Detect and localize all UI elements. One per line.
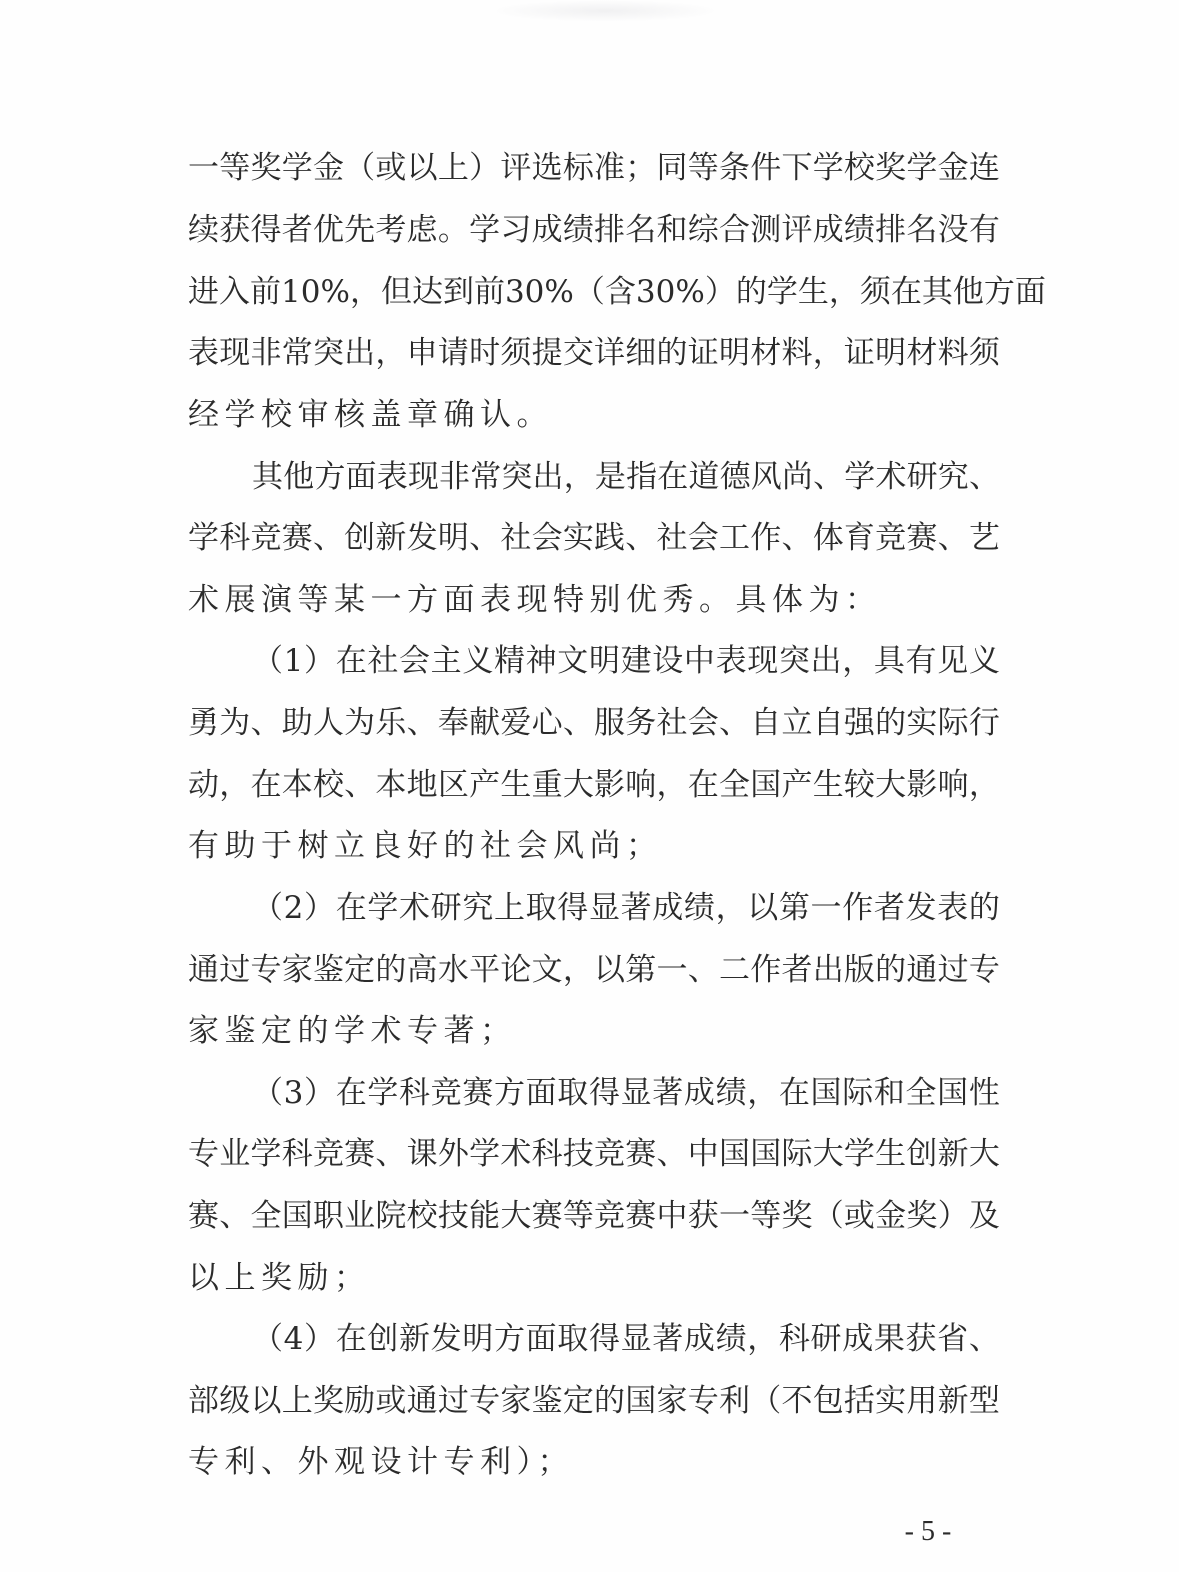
text-line: 专业学科竞赛、课外学术科技竞赛、中国国际大学生创新大 [188, 1134, 1000, 1174]
text-line: 续获得者优先考虑。学习成绩排名和综合测评成绩排名没有 [188, 210, 1000, 250]
scan-artifact [490, 0, 720, 22]
text-line: 专利、外观设计专利）； [188, 1442, 1000, 1482]
paragraph-start-line: 其他方面表现非常突出，是指在道德风尚、学术研究、 [252, 457, 1000, 497]
text-line: 勇为、助人为乐、奉献爱心、服务社会、自立自强的实际行 [188, 703, 1000, 743]
text-line: 表现非常突出，申请时须提交详细的证明材料，证明材料须 [188, 333, 1000, 373]
text-line: 部级以上奖励或通过专家鉴定的国家专利（不包括实用新型 [188, 1381, 1000, 1421]
text-line: 以上奖励； [188, 1258, 1000, 1298]
text-line: 学科竞赛、创新发明、社会实践、社会工作、体育竞赛、艺 [188, 518, 1000, 558]
text-line: 动，在本校、本地区产生重大影响，在全国产生较大影响， [188, 765, 1000, 805]
text-line: 进入前 10%，但达到前 30%（含 30%）的学生，须在其他方面 [188, 272, 1000, 312]
text-line: 术展演等某一方面表现特别优秀。具体为： [188, 580, 1000, 620]
text-line: 一等奖学金（或以上）评选标准；同等条件下学校奖学金连 [188, 148, 1000, 188]
document-page: 一等奖学金（或以上）评选标准；同等条件下学校奖学金连 续获得者优先考虑。学习成绩… [0, 0, 1179, 1572]
text-line: 通过专家鉴定的高水平论文，以第一、二作者出版的通过专 [188, 950, 1000, 990]
list-item-1-start: （1）在社会主义精神文明建设中表现突出，具有见义 [252, 641, 1000, 681]
list-item-3-start: （3）在学科竞赛方面取得显著成绩，在国际和全国性 [252, 1073, 1000, 1113]
text-line: 家鉴定的学术专著； [188, 1011, 1000, 1051]
list-item-4-start: （4）在创新发明方面取得显著成绩，科研成果获省、 [252, 1319, 1000, 1359]
text-line: 经学校审核盖章确认。 [188, 395, 1000, 435]
text-line: 有助于树立良好的社会风尚； [188, 826, 1000, 866]
text-line: 赛、全国职业院校技能大赛等竞赛中获一等奖（或金奖）及 [188, 1196, 1000, 1236]
page-number: - 5 - [900, 1514, 956, 1550]
list-item-2-start: （2）在学术研究上取得显著成绩，以第一作者发表的 [252, 888, 1000, 928]
